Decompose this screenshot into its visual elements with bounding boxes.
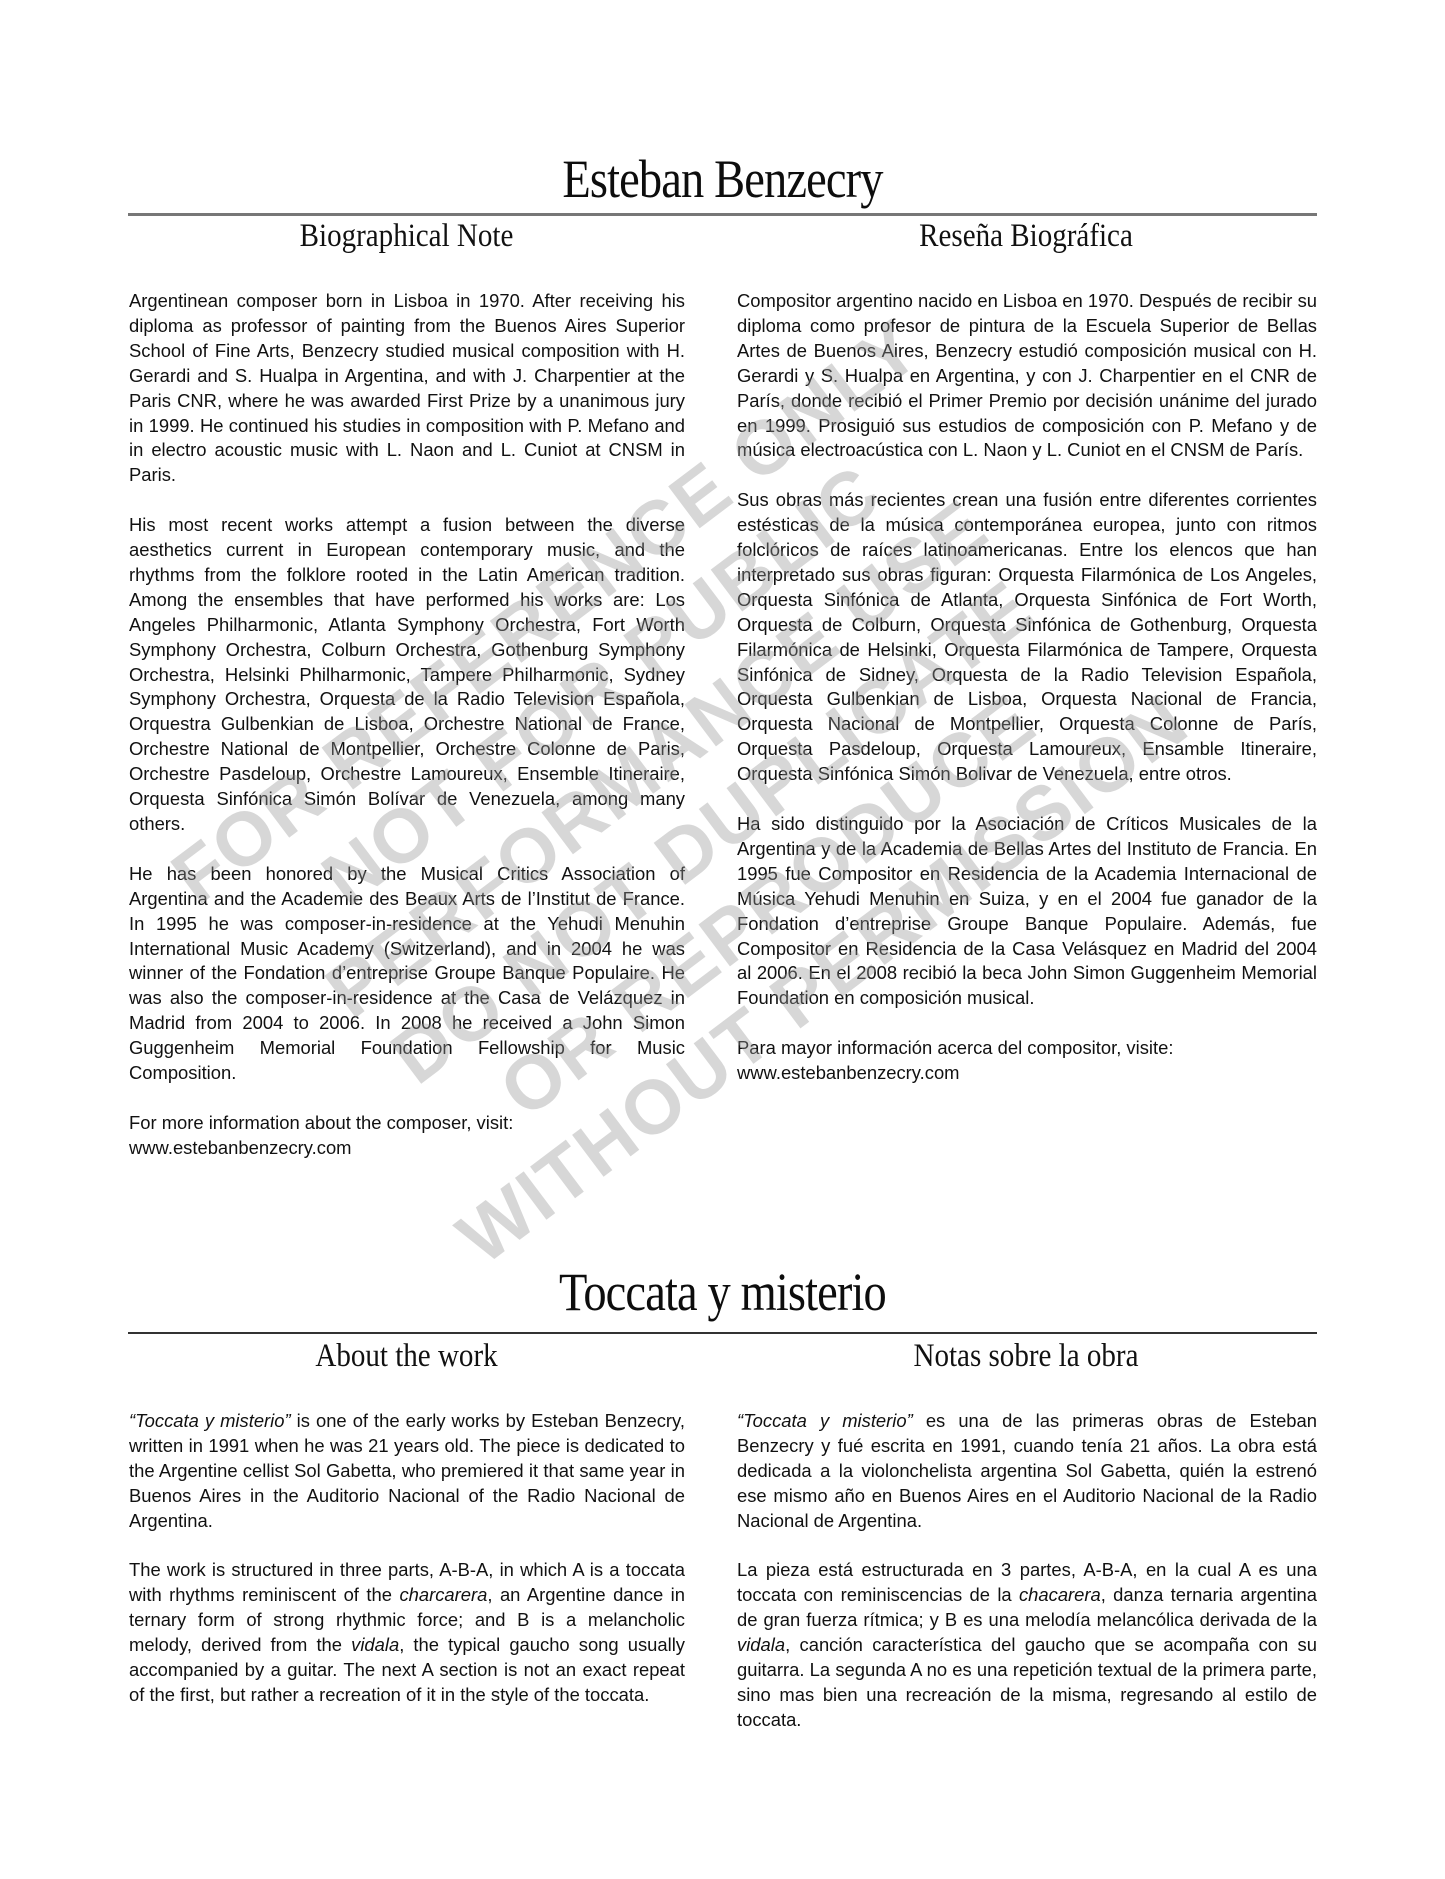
more-info-text-es: Para mayor información acerca del compos… bbox=[737, 1037, 1173, 1058]
work-title: Toccata y misterio bbox=[101, 1265, 1344, 1319]
work-es-p2-c: , canción característica del gaucho que … bbox=[737, 1634, 1317, 1730]
resena-biografica-heading: Reseña Biográfica bbox=[770, 220, 1282, 253]
bio-en-paragraph-3: He has been honored by the Musical Criti… bbox=[129, 862, 685, 1086]
bio-en-paragraph-2: His most recent works attempt a fusion b… bbox=[129, 513, 685, 837]
bio-es-paragraph-3: Ha sido distinguido por la Asociación de… bbox=[737, 812, 1317, 1011]
work-title-divider bbox=[128, 1332, 1317, 1334]
work-en-paragraph-2: The work is structured in three parts, A… bbox=[129, 1558, 685, 1707]
title-divider bbox=[128, 213, 1317, 216]
bio-es-more-info: Para mayor información acerca del compos… bbox=[737, 1036, 1317, 1086]
about-the-work-heading: About the work bbox=[161, 1340, 651, 1373]
term-charcarera: charcarera bbox=[399, 1584, 487, 1605]
composer-title: Esteban Benzecry bbox=[101, 152, 1344, 206]
biography-english: Argentinean composer born in Lisboa in 1… bbox=[129, 289, 685, 1161]
work-es-paragraph-1: “Toccata y misterio” es una de las prime… bbox=[737, 1409, 1317, 1534]
work-title-quote: “Toccata y misterio” bbox=[129, 1410, 291, 1431]
work-en-paragraph-1: “Toccata y misterio” is one of the early… bbox=[129, 1409, 685, 1534]
term-chacarera: chacarera bbox=[1019, 1584, 1101, 1605]
notas-sobre-la-obra-heading: Notas sobre la obra bbox=[770, 1340, 1282, 1373]
composer-website-link[interactable]: www.estebanbenzecry.com bbox=[129, 1137, 352, 1158]
work-es-paragraph-2: La pieza está estructurada en 3 partes, … bbox=[737, 1558, 1317, 1732]
more-info-text: For more information about the composer,… bbox=[129, 1112, 513, 1133]
bio-es-paragraph-1: Compositor argentino nacido en Lisboa en… bbox=[737, 289, 1317, 463]
bio-en-more-info: For more information about the composer,… bbox=[129, 1111, 685, 1161]
biography-spanish: Compositor argentino nacido en Lisboa en… bbox=[737, 289, 1317, 1086]
biographical-note-heading: Biographical Note bbox=[161, 220, 651, 253]
bio-es-paragraph-2: Sus obras más recientes crean una fusión… bbox=[737, 488, 1317, 787]
term-vidala: vidala bbox=[351, 1634, 399, 1655]
term-vidala-es: vidala bbox=[737, 1634, 785, 1655]
document-page: Esteban Benzecry Biographical Note Reseñ… bbox=[0, 0, 1445, 1879]
work-notes-spanish: “Toccata y misterio” es una de las prime… bbox=[737, 1409, 1317, 1733]
work-title-quote-es: “Toccata y misterio” bbox=[737, 1410, 913, 1431]
bio-en-paragraph-1: Argentinean composer born in Lisboa in 1… bbox=[129, 289, 685, 488]
work-notes-english: “Toccata y misterio” is one of the early… bbox=[129, 1409, 685, 1708]
composer-website-link-es[interactable]: www.estebanbenzecry.com bbox=[737, 1062, 960, 1083]
